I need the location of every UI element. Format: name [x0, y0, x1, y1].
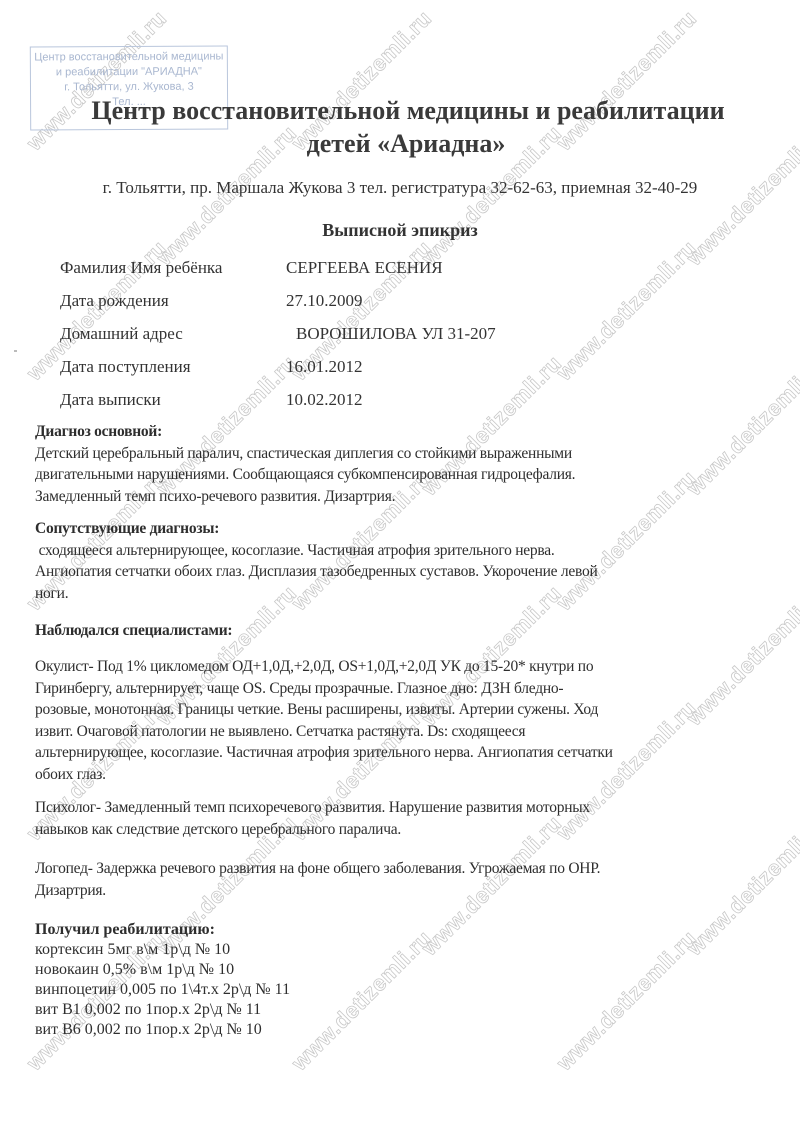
- note-line: альтернирующее, косоглазие. Частичная ат…: [35, 742, 765, 764]
- section-heading: Наблюдался специалистами:: [35, 620, 765, 642]
- specialists-section: Наблюдался специалистами:: [35, 620, 765, 642]
- admission-date: 16.01.2012: [286, 357, 363, 377]
- watermark-text: www.detizemli.ru: [287, 925, 438, 1076]
- discharge-date: 10.02.2012: [286, 390, 363, 410]
- speech-therapist-note: Логопед- Задержка речевого развития на ф…: [35, 858, 765, 901]
- section-heading: Сопутствующие диагнозы:: [35, 518, 765, 540]
- psychologist-note: Психолог- Замедленный темп психоречевого…: [35, 797, 765, 840]
- document-title: Выписной эпикриз: [0, 220, 800, 241]
- scan-speck: [14, 350, 17, 352]
- home-address: ВОРОШИЛОВА УЛ 31-207: [296, 324, 496, 344]
- field-label: Дата рождения: [60, 291, 169, 311]
- note-line: Окулист- Под 1% цикломедом ОД+1,0Д,+2,0Д…: [35, 656, 765, 678]
- clinic-title-line2: детей «Ариадна»: [6, 128, 800, 160]
- note-line: Гиринбергу, альтернирует, чаще OS. Среды…: [35, 678, 765, 700]
- note-line: навыков как следствие детского церебраль…: [35, 819, 765, 841]
- diagnosis-line: сходящееся альтернирующее, косоглазие. Ч…: [35, 540, 765, 562]
- diagnosis-line: двигательными нарушениями. Сообщающаяся …: [35, 464, 765, 486]
- treatment-item: винпоцетин 0,005 по 1\4т.х 2р\д № 11: [35, 980, 290, 1000]
- section-heading: Диагноз основной:: [35, 421, 765, 443]
- treatment-item: кортексин 5мг в\м 1р\д № 10: [35, 940, 290, 960]
- diagnosis-line: Замедленный темп психо-речевого развития…: [35, 486, 765, 508]
- diagnosis-line: Детский церебральный паралич, спастическ…: [35, 443, 765, 465]
- concomitant-diagnoses-section: Сопутствующие диагнозы: сходящееся альте…: [35, 518, 765, 604]
- watermark-text: www.detizemli.ru: [552, 235, 703, 386]
- oculist-note: Окулист- Под 1% цикломедом ОД+1,0Д,+2,0Д…: [35, 656, 765, 785]
- clinic-address: г. Тольятти, пр. Маршала Жукова 3 тел. р…: [0, 178, 800, 198]
- birth-date: 27.10.2009: [286, 291, 363, 311]
- note-line: извит. Очаговой патологии не выявлено. С…: [35, 721, 765, 743]
- patient-name: СЕРГЕЕВА ЕСЕНИЯ: [286, 258, 443, 278]
- field-label: Фамилия Имя ребёнка: [60, 258, 222, 278]
- clinic-title-line1: Центр восстановительной медицины и реаби…: [8, 95, 800, 127]
- treatment-item: вит В1 0,002 по 1пор.х 2р\д № 11: [35, 1000, 290, 1020]
- main-diagnosis-section: Диагноз основной: Детский церебральный п…: [35, 421, 765, 507]
- watermark-text: www.detizemli.ru: [552, 925, 703, 1076]
- document-page: www.detizemli.ruwww.detizemli.ruwww.deti…: [0, 0, 800, 1138]
- treatment-item: вит В6 0,002 по 1пор.х 2р\д № 10: [35, 1020, 290, 1040]
- rehabilitation-section: Получил реабилитацию: кортексин 5мг в\м …: [35, 920, 290, 1040]
- note-line: Психолог- Замедленный темп психоречевого…: [35, 797, 765, 819]
- field-label: Дата выписки: [60, 390, 161, 410]
- field-label: Дата поступления: [60, 357, 191, 377]
- note-line: обоих глаз.: [35, 764, 765, 786]
- note-line: Логопед- Задержка речевого развития на ф…: [35, 858, 765, 880]
- stamp-line: и реабилитации "АРИАДНА": [31, 64, 227, 80]
- note-line: розовые, монотонная. Границы четкие. Вен…: [35, 699, 765, 721]
- treatment-item: новокаин 0,5% в\м 1р\д № 10: [35, 960, 290, 980]
- note-line: Дизартрия.: [35, 880, 765, 902]
- field-label: Домашний адрес: [60, 324, 183, 344]
- stamp-line: г. Тольятти, ул. Жукова, 3: [31, 79, 227, 95]
- section-heading: Получил реабилитацию:: [35, 920, 290, 940]
- stamp-line: Центр восстановительной медицины: [31, 49, 227, 65]
- diagnosis-line: ноги.: [35, 583, 765, 605]
- diagnosis-line: Ангиопатия сетчатки обоих глаз. Дисплази…: [35, 561, 765, 583]
